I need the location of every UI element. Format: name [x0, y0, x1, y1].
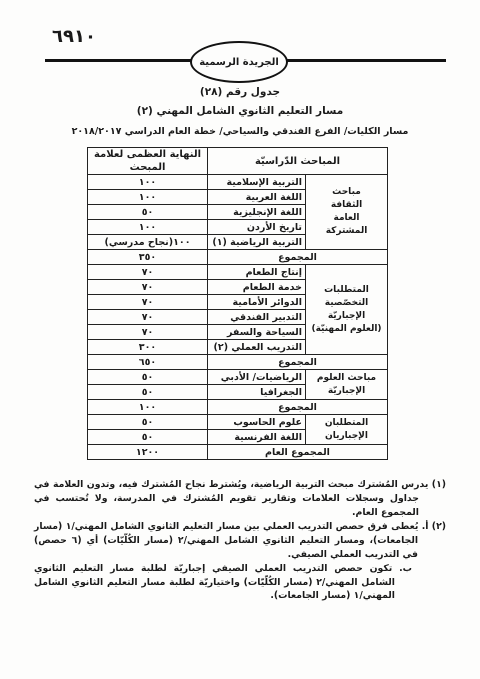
- category-cell: مباحث العلوم الإجباريّة: [306, 370, 388, 400]
- total-value-cell: ١٠٠: [88, 400, 208, 415]
- subject-cell: السياحة والسفر: [208, 325, 306, 340]
- total-row: المجموع٦٥٠: [88, 355, 388, 370]
- subject-cell: اللغة الإنجليزية: [208, 205, 306, 220]
- subject-cell: إنتاج الطعام: [208, 265, 306, 280]
- subjects-column-header: المباحث الدّراسيّة: [208, 148, 388, 175]
- max-mark-cell: ٥٠: [88, 385, 208, 400]
- track-title: مسار التعليم الثانوي الشامل المهني (٢): [0, 105, 480, 117]
- max-mark-cell: ٧٠: [88, 310, 208, 325]
- footnote-1: (١) يدرس المُشترك مبحث التربية الرياضية،…: [34, 478, 446, 519]
- gazette-label: الجريدة الرسمية: [199, 57, 279, 68]
- max-mark-cell: ٧٠: [88, 265, 208, 280]
- subject-cell: التدريب العملي (٢): [208, 340, 306, 355]
- subject-cell: علوم الحاسوب: [208, 415, 306, 430]
- table-row: مباحث العلوم الإجباريّةالرياضيات/ الأدبي…: [88, 370, 388, 385]
- max-mark-cell: ٥٠: [88, 415, 208, 430]
- max-mark-cell: ١٠٠(نجاح مدرسي): [88, 235, 208, 250]
- max-mark-cell: ١٠٠: [88, 220, 208, 235]
- gazette-ellipse: الجريدة الرسمية: [190, 41, 288, 83]
- subject-cell: تاريخ الأردن: [208, 220, 306, 235]
- total-value-cell: ١٢٠٠: [88, 445, 208, 460]
- total-value-cell: ٦٥٠: [88, 355, 208, 370]
- page: ٦٩١٠ الجريدة الرسمية جدول رقم (٢٨) مسار …: [0, 0, 480, 679]
- subject-cell: الجغرافيا: [208, 385, 306, 400]
- page-number: ٦٩١٠: [52, 26, 96, 47]
- table-row: مباحث الثقافة العامة المشتركةالتربية الإ…: [88, 175, 388, 190]
- subjects-table-body: مباحث الثقافة العامة المشتركةالتربية الإ…: [88, 175, 388, 460]
- category-cell: المتطلبان الإجباريان: [306, 415, 388, 445]
- max-mark-column-header: النهاية العظمى لعلامة المبحث: [88, 148, 208, 175]
- subject-cell: الرياضيات/ الأدبي: [208, 370, 306, 385]
- subject-cell: التربية الرياضية (١): [208, 235, 306, 250]
- footnotes: (١) يدرس المُشترك مبحث التربية الرياضية،…: [34, 478, 446, 603]
- plan-title: مسار الكليات/ الفرع الفندقي والسياحي/ خط…: [0, 126, 480, 137]
- max-mark-cell: ٣٠٠: [88, 340, 208, 355]
- subject-cell: التدبير الفندقي: [208, 310, 306, 325]
- table-number-title: جدول رقم (٢٨): [0, 86, 480, 98]
- total-label-cell: المجموع: [208, 400, 388, 415]
- footnote-2a: (٢) أ. يُعطى فرق حصص التدريب العملي بين …: [34, 520, 446, 561]
- subject-cell: اللغة العربية: [208, 190, 306, 205]
- total-row: المجموع٣٥٠: [88, 250, 388, 265]
- subject-cell: خدمة الطعام: [208, 280, 306, 295]
- subject-cell: التربية الإسلامية: [208, 175, 306, 190]
- total-label-cell: المجموع العام: [208, 445, 388, 460]
- total-row: المجموع العام١٢٠٠: [88, 445, 388, 460]
- total-row: المجموع١٠٠: [88, 400, 388, 415]
- table-header-row: المباحث الدّراسيّة النهاية العظمى لعلامة…: [88, 148, 388, 175]
- subject-cell: الدوائر الأمامية: [208, 295, 306, 310]
- max-mark-cell: ٧٠: [88, 280, 208, 295]
- total-label-cell: المجموع: [208, 250, 388, 265]
- max-mark-cell: ٧٠: [88, 295, 208, 310]
- total-value-cell: ٣٥٠: [88, 250, 208, 265]
- max-mark-cell: ٥٠: [88, 370, 208, 385]
- max-mark-cell: ١٠٠: [88, 190, 208, 205]
- table-row: المتطلبان الإجباريانعلوم الحاسوب٥٠: [88, 415, 388, 430]
- total-label-cell: المجموع: [208, 355, 388, 370]
- subject-cell: اللغة الفرنسية: [208, 430, 306, 445]
- max-mark-cell: ٥٠: [88, 430, 208, 445]
- category-cell: المتطلبات التخصّصية الإجباريّة (العلوم ا…: [306, 265, 388, 355]
- titles-block: جدول رقم (٢٨) مسار التعليم الثانوي الشام…: [0, 86, 480, 137]
- max-mark-cell: ١٠٠: [88, 175, 208, 190]
- max-mark-cell: ٥٠: [88, 205, 208, 220]
- subjects-table: المباحث الدّراسيّة النهاية العظمى لعلامة…: [87, 147, 388, 460]
- table-row: المتطلبات التخصّصية الإجباريّة (العلوم ا…: [88, 265, 388, 280]
- category-cell: مباحث الثقافة العامة المشتركة: [306, 175, 388, 250]
- footnote-2b: ب. تكون حصص التدريب العملي الصيفي إجباري…: [34, 562, 446, 603]
- max-mark-cell: ٧٠: [88, 325, 208, 340]
